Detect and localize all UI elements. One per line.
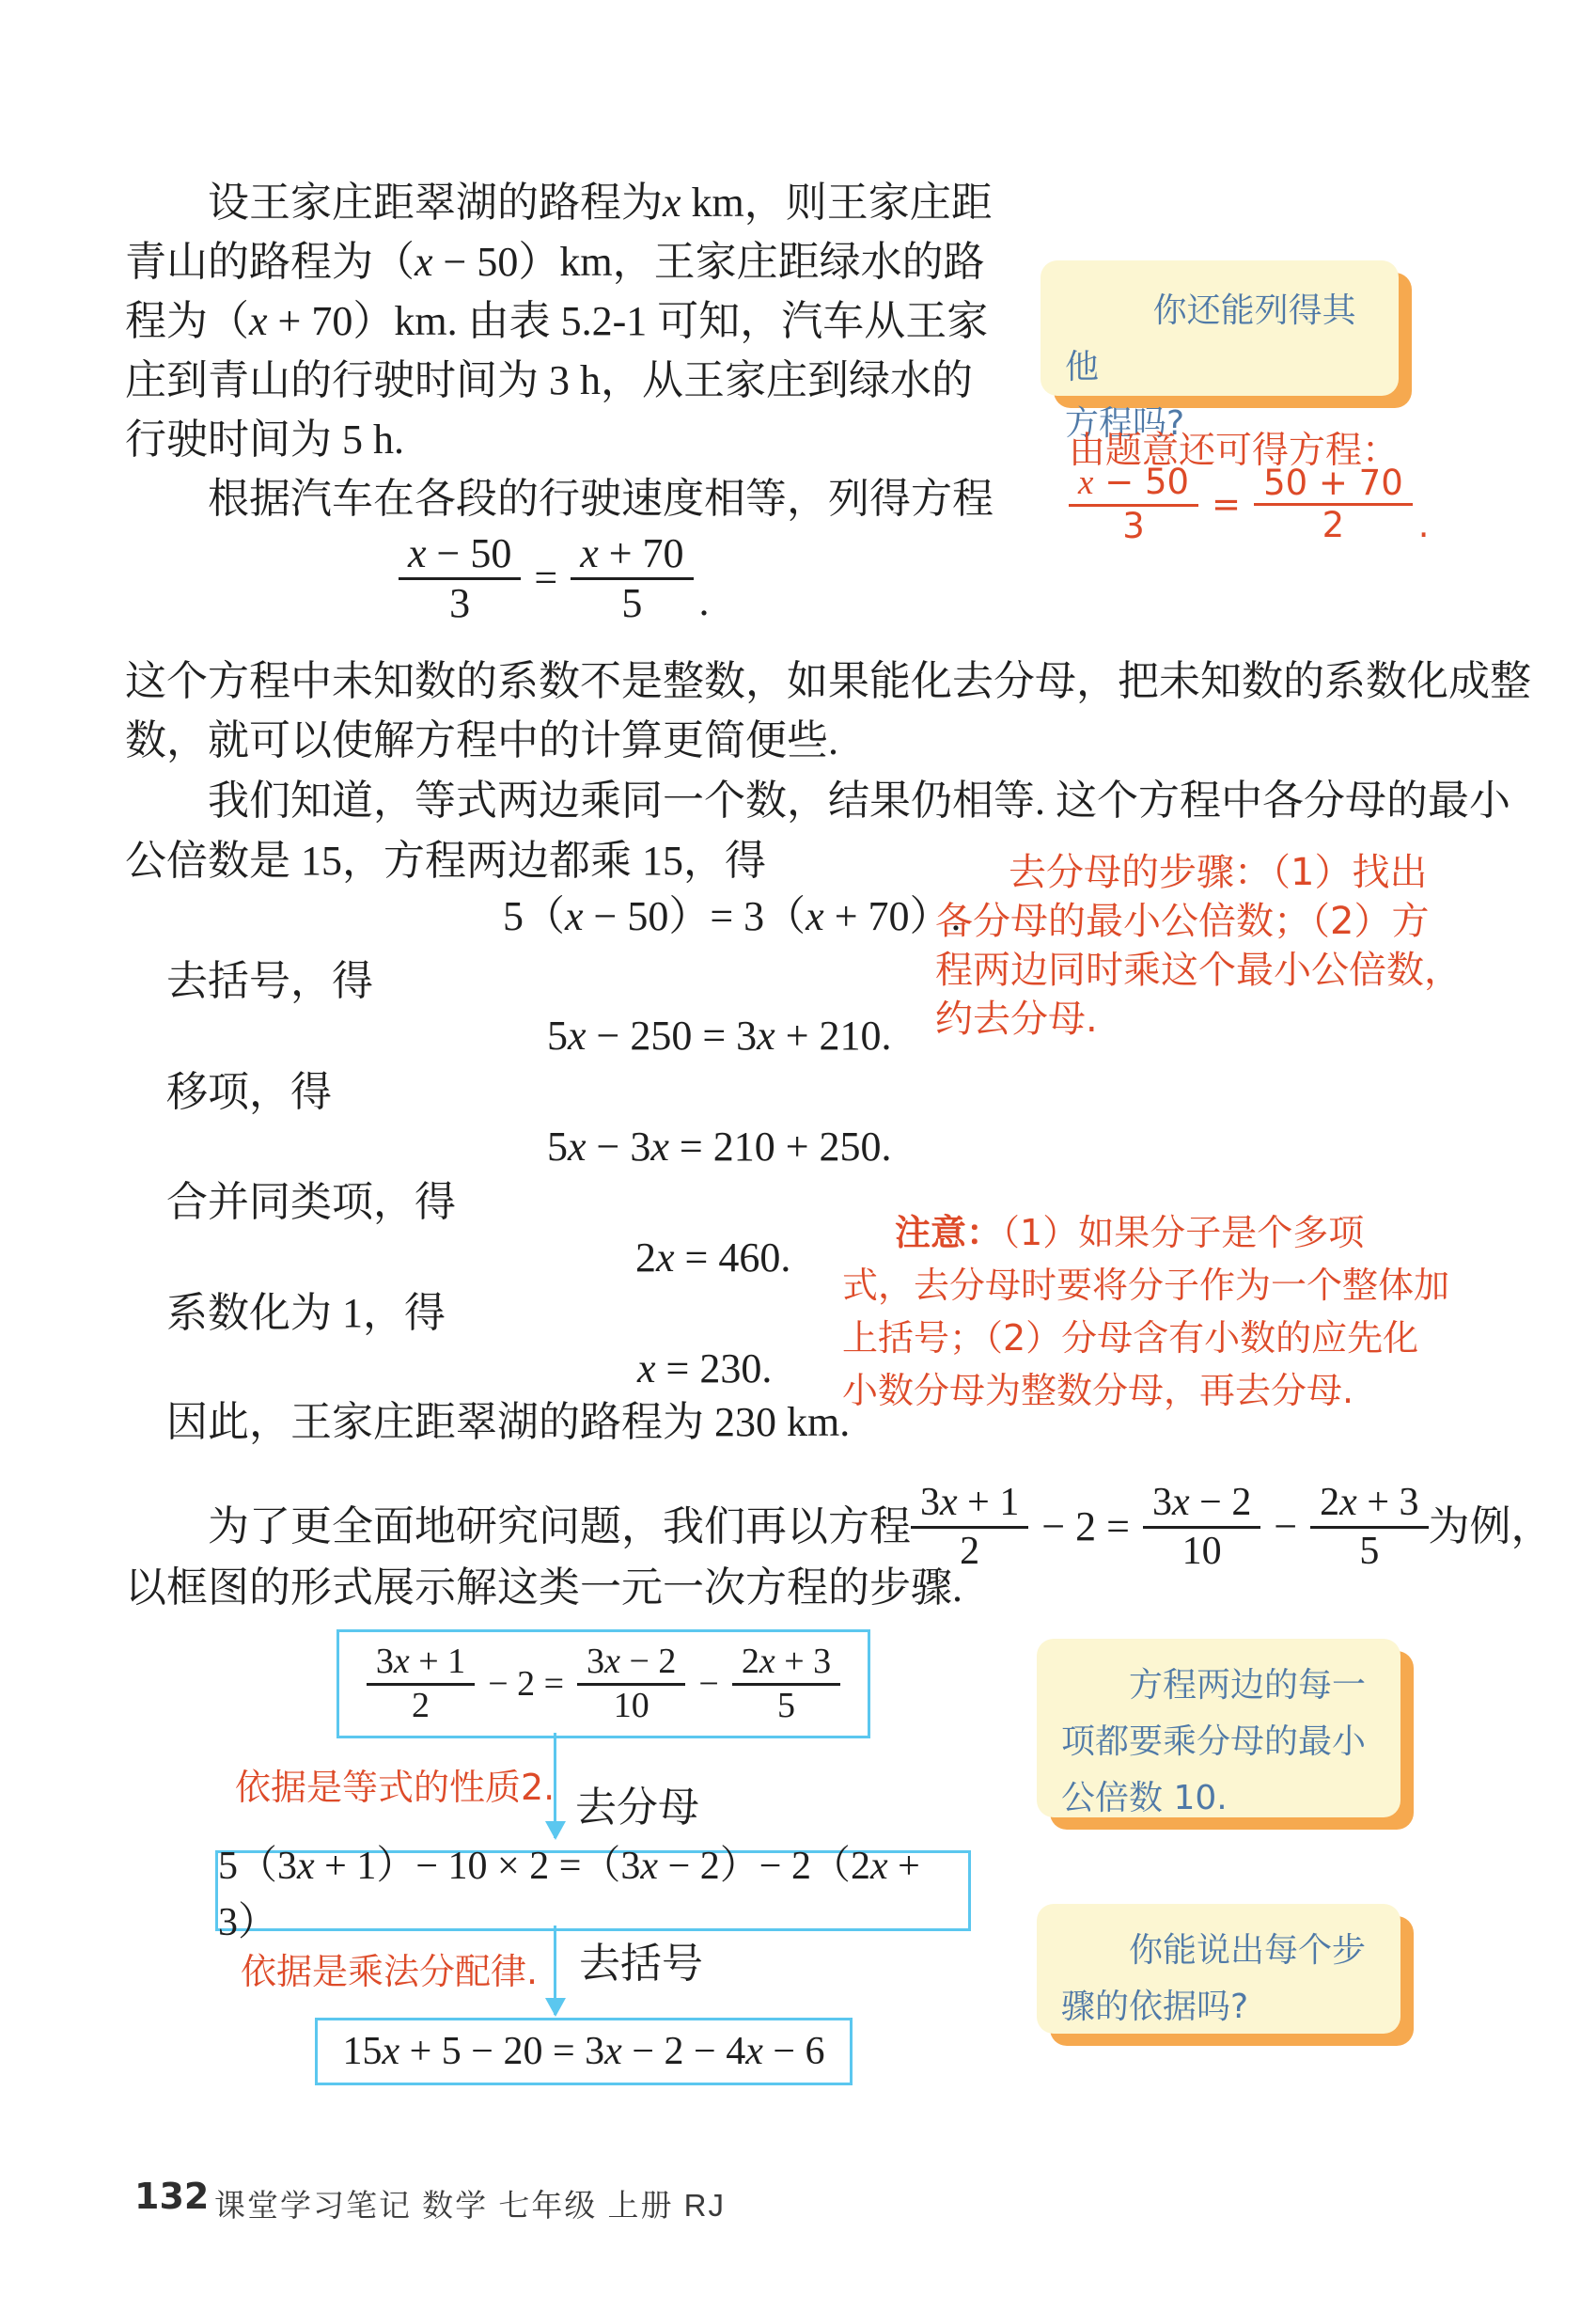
equation-main: x − 50 3 = x + 70 5 .	[399, 532, 710, 625]
arrow1-step-label: 去分母	[575, 1784, 699, 1832]
equals-sign: =	[521, 555, 571, 603]
operator: − 2 =	[1028, 1503, 1143, 1551]
equation-multiplied: 5（x − 50）= 3（x + 70）.	[503, 893, 962, 941]
sticky-note-other-equations: 你还能列得其他 方程吗?	[1041, 260, 1399, 396]
sticky2-line3: 公倍数 10.	[1061, 1770, 1376, 1827]
flowchart-box1-equation: 3x + 12 − 2 = 3x − 210 − 2x + 35	[367, 1643, 840, 1725]
step-label-move-terms: 移项，得	[166, 1069, 332, 1117]
fraction: 2x + 35	[732, 1643, 840, 1725]
fraction: x − 50 3	[1069, 464, 1198, 545]
step-label-coefficient: 系数化为 1，得	[166, 1290, 446, 1338]
attention-line4: 小数分母为整数分母，再去分母.	[842, 1364, 1449, 1417]
arrow2-step-label: 去括号	[579, 1941, 703, 1989]
step-equation-1: 5x − 250 = 3x + 210.	[547, 1013, 892, 1061]
sticky-note-step-basis-question: 你能说出每个步 骤的依据吗?	[1037, 1904, 1400, 2034]
conclusion-line: 因此，王家庄距翠湖的路程为 230 km.	[166, 1399, 850, 1447]
flowchart-box-brackets-removed: 15x + 5 − 20 = 3x − 2 − 4x − 6	[315, 2018, 853, 2085]
operator: − 2 =	[475, 1663, 577, 1705]
sticky1-line1: 你还能列得其他	[1065, 283, 1374, 396]
fraction: 2x + 35	[1310, 1482, 1428, 1571]
step-label-remove-brackets: 去括号，得	[166, 958, 373, 1006]
footer-text: 课堂学习笔记 数学 七年级 上册 RJ	[214, 2181, 726, 2225]
attention-line1: 注意：（1）如果分子是个多项	[842, 1206, 1449, 1259]
minus-sign: −	[1260, 1503, 1310, 1551]
para4-line2: 公倍数是 15，方程两边都乘 15，得	[125, 838, 766, 886]
para2-line: 根据汽车在各段的行驶速度相等，列得方程	[125, 476, 994, 524]
arrow1-basis-note: 依据是等式的性质2.	[235, 1758, 555, 1810]
flowchart-box3-equation: 15x + 5 − 20 = 3x − 2 − 4x − 6	[342, 2029, 824, 2074]
red-note-alt-equation: x − 50 3 = 50 + 70 2 .	[1069, 464, 1430, 545]
attention-line3: 上括号；（2）分母含有小数的应先化	[842, 1312, 1449, 1364]
flowchart-box-original-equation: 3x + 12 − 2 = 3x − 210 − 2x + 35	[336, 1629, 870, 1738]
sticky3-line2: 骤的依据吗?	[1061, 1979, 1376, 2036]
para3-line1: 这个方程中未知数的系数不是整数，如果能化去分母，把未知数的系数化成整	[125, 658, 1531, 706]
fraction: 3x − 210	[577, 1643, 685, 1725]
para6-row: 为了更全面地研究问题，我们再以方程3x + 12 − 2 = 3x − 210 …	[208, 1476, 1553, 1578]
para6-outro: 为例，	[1429, 1503, 1553, 1551]
para1-line5: 行驶时间为 5 h.	[125, 417, 404, 464]
sticky-note-lcm-10: 方程两边的每一 项都要乘分母的最小 公倍数 10.	[1037, 1639, 1400, 1817]
period: .	[694, 578, 710, 626]
red-steps-line2: 各分母的最小公倍数；（2）方	[935, 897, 1462, 946]
fraction: x + 70 5	[571, 532, 693, 625]
red-note-denominator-steps: 去分母的步骤：（1）找出 各分母的最小公倍数；（2）方 程两边同时乘这个最小公倍…	[935, 848, 1462, 1044]
para6-intro: 为了更全面地研究问题，我们再以方程	[208, 1503, 911, 1551]
attention-line2: 式，去分母时要将分子作为一个整体加	[842, 1259, 1449, 1312]
red-steps-line1: 去分母的步骤：（1）找出	[935, 848, 1462, 897]
equals-sign: =	[1198, 484, 1254, 525]
red-steps-line4: 约去分母.	[935, 995, 1462, 1044]
sticky2-line2: 项都要乘分母的最小	[1061, 1714, 1376, 1770]
para1-line2: 青山的路程为（x − 50）km，王家庄距绿水的路	[125, 239, 985, 287]
flowchart-box2-equation: 5（3x + 1）− 10 × 2 =（3x − 2）− 2（2x + 3）	[218, 1834, 968, 1947]
fraction: 50 + 70 2	[1254, 465, 1413, 545]
step-label-combine: 合并同类项，得	[166, 1179, 456, 1227]
para6-line2: 以框图的形式展示解这类一元一次方程的步骤.	[125, 1564, 962, 1612]
fraction: 3x + 12	[911, 1482, 1028, 1571]
minus-sign: −	[685, 1663, 731, 1705]
page-number: 132	[134, 2176, 209, 2217]
sticky2-line1: 方程两边的每一	[1061, 1658, 1376, 1714]
attention-label: 注意：	[895, 1212, 1002, 1253]
para1-line3: 程为（x + 70）km. 由表 5.2-1 可知，汽车从王家	[125, 298, 988, 346]
period: .	[1413, 505, 1430, 545]
para3-line2: 数，就可以使解方程中的计算更简便些.	[125, 717, 838, 765]
attention-line1-rest: （1）如果分子是个多项	[1002, 1212, 1364, 1253]
red-note-attention: 注意：（1）如果分子是个多项 式，去分母时要将分子作为一个整体加 上括号；（2）…	[842, 1206, 1449, 1417]
para4-line1: 我们知道，等式两边乘同一个数，结果仍相等. 这个方程中各分母的最小	[125, 778, 1510, 825]
arrow2-basis-note: 依据是乘法分配律.	[241, 1942, 538, 1994]
fraction: 3x − 210	[1143, 1482, 1260, 1571]
fraction: x − 50 3	[399, 532, 521, 625]
flowchart-box-cleared-denominators: 5（3x + 1）− 10 × 2 =（3x − 2）− 2（2x + 3）	[215, 1850, 971, 1931]
sticky3-line1: 你能说出每个步	[1061, 1923, 1376, 1979]
red-steps-line3: 程两边同时乘这个最小公倍数，	[935, 946, 1462, 995]
flow-arrow-down-icon	[554, 1926, 556, 2015]
step-equation-3: 2x = 460.	[635, 1234, 790, 1282]
step-equation-2: 5x − 3x = 210 + 250.	[547, 1124, 892, 1171]
step-equation-4: x = 230.	[637, 1345, 772, 1393]
para1-line4: 庄到青山的行驶时间为 3 h，从王家庄到绿水的	[125, 357, 973, 405]
fraction: 3x + 12	[367, 1643, 475, 1725]
para1-line1: 设王家庄距翠湖的路程为x km，则王家庄距	[125, 180, 993, 228]
textbook-page: 设王家庄距翠湖的路程为x km，则王家庄距 青山的路程为（x − 50）km，王…	[0, 0, 1596, 2311]
